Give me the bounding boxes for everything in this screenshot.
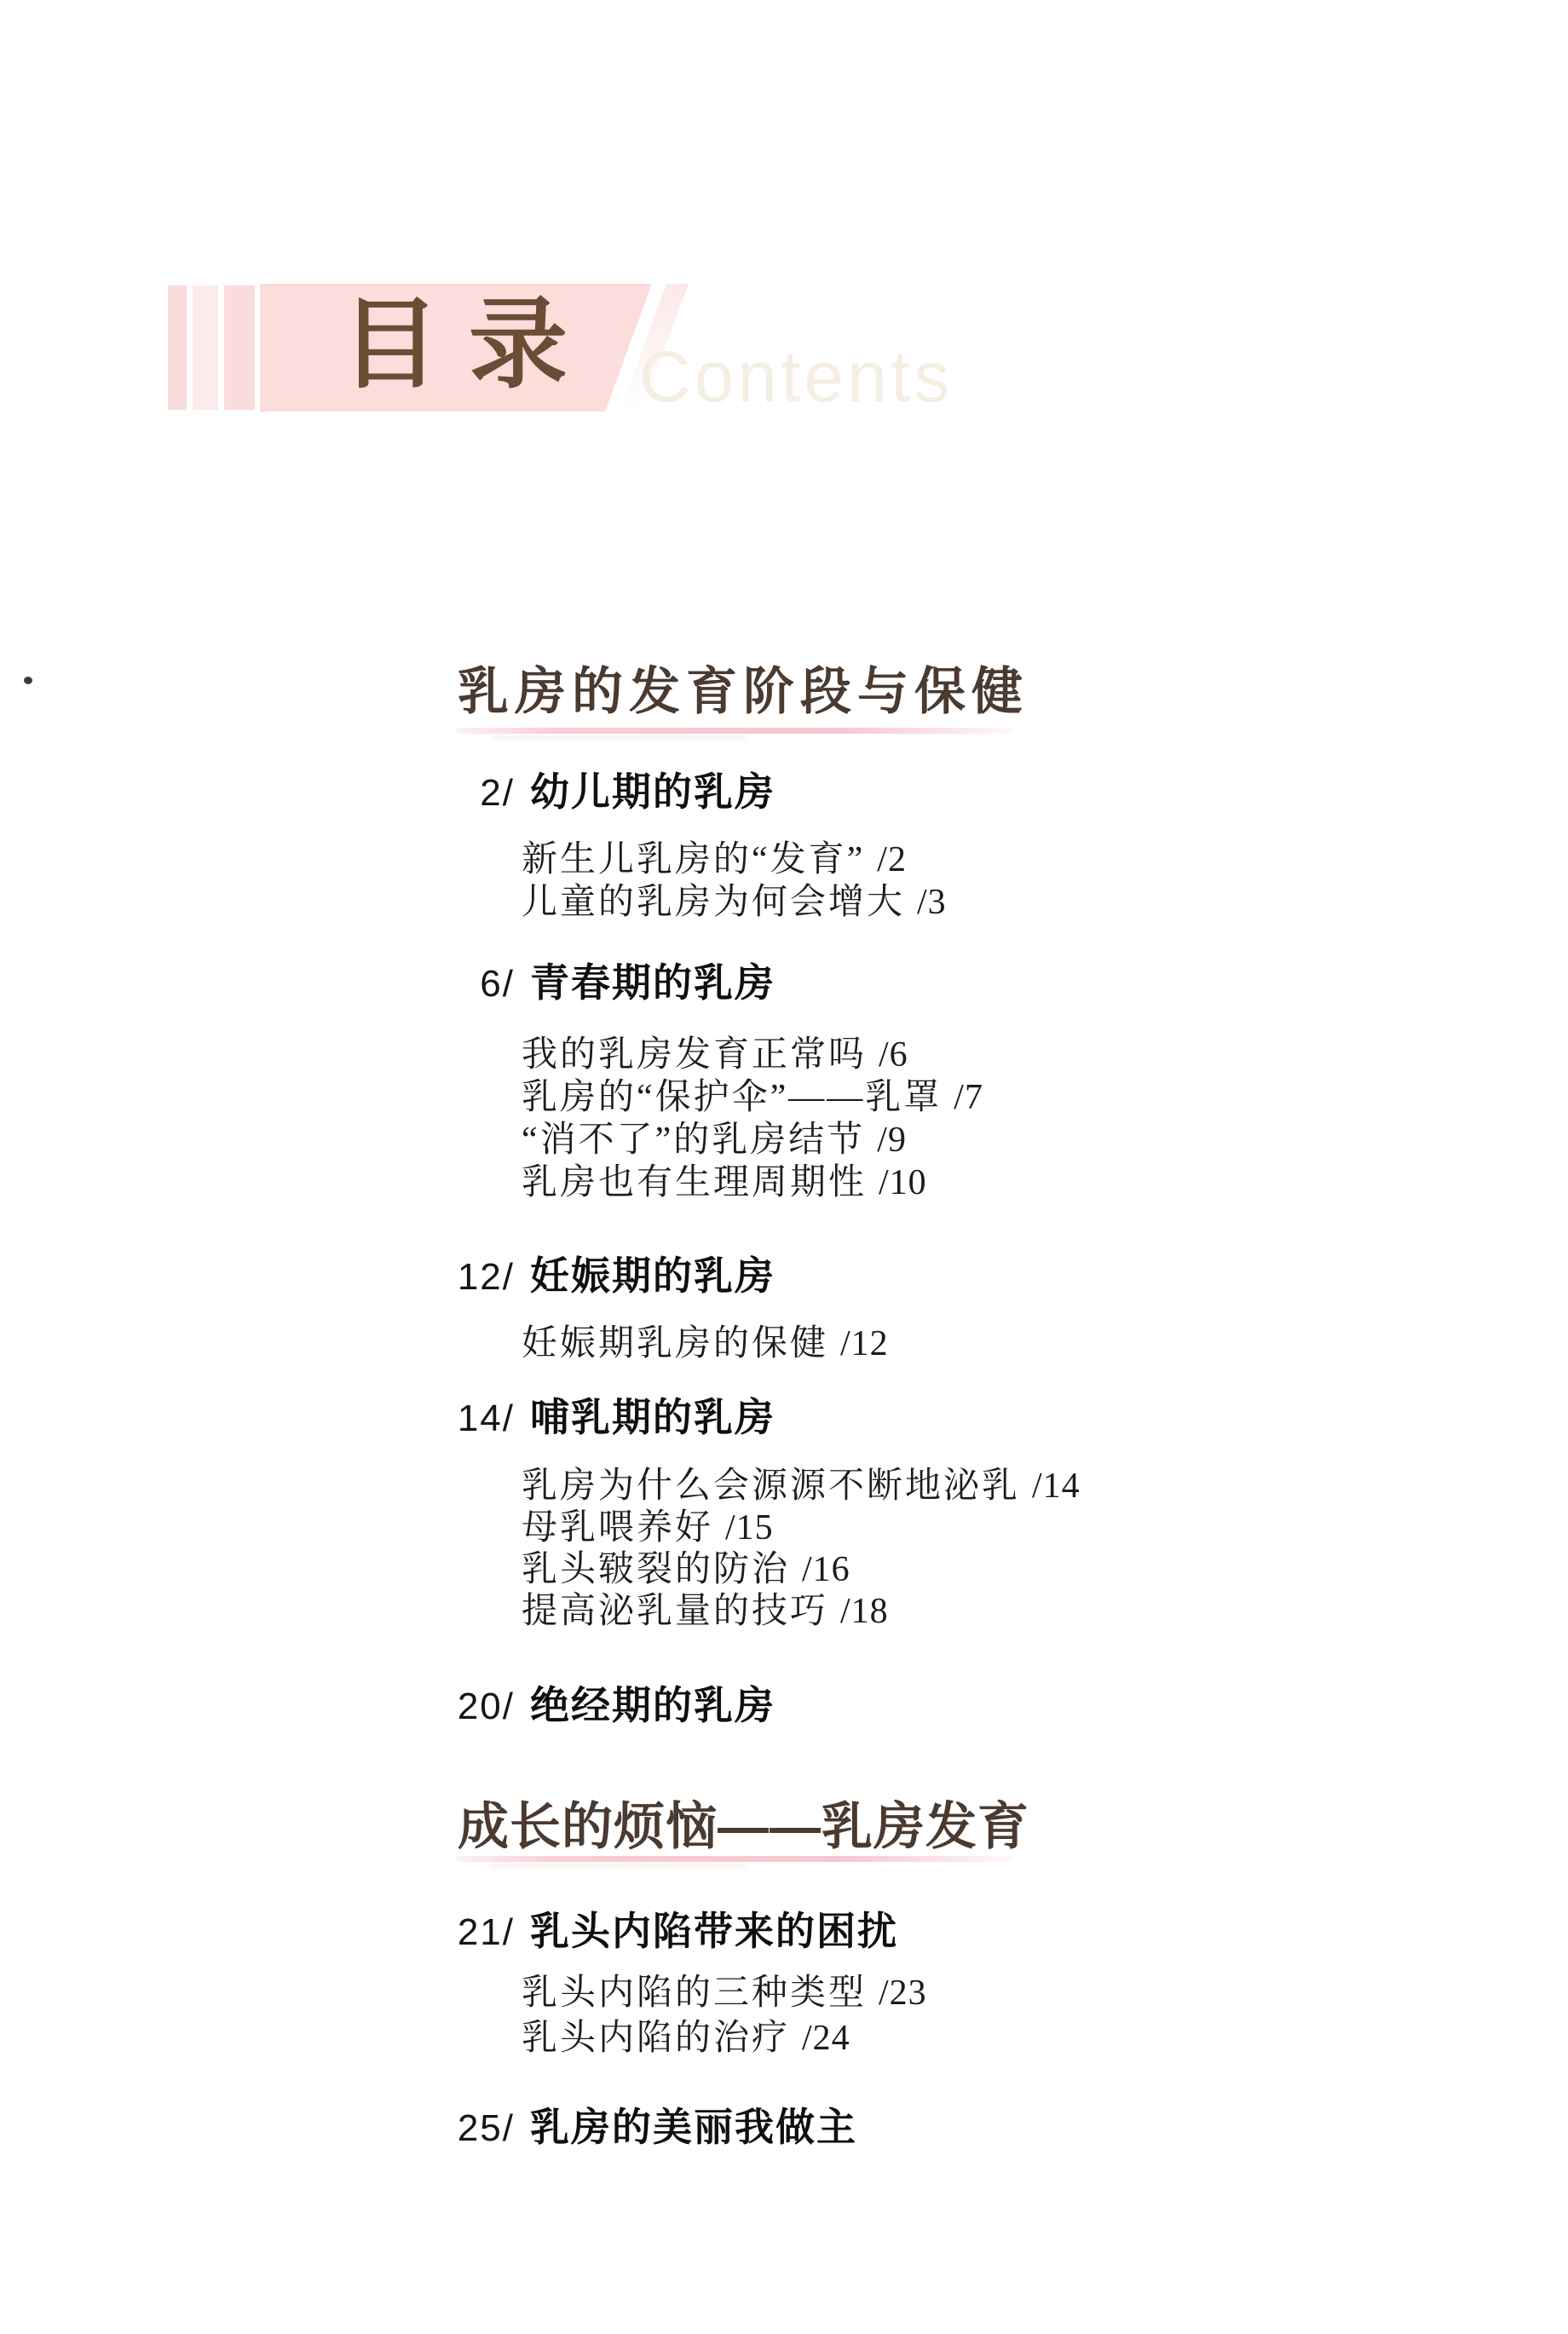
decorative-stripe	[224, 285, 255, 410]
toc-entry-number: 14/	[426, 1400, 515, 1438]
page-number: /18	[840, 1592, 889, 1631]
toc-entry-title: 哺乳期的乳房	[530, 1395, 775, 1439]
toc-entry-number: 6/	[426, 965, 515, 1003]
page-number: /15	[725, 1508, 774, 1547]
toc-entry: 2/幼儿期的乳房	[426, 772, 775, 812]
toc-subentry-text: 乳头皲裂的防治	[522, 1550, 790, 1589]
toc-subentry: 妊娠期乳房的保健/12	[522, 1326, 889, 1362]
toc-subentry: “消不了”的乳房结节/9	[522, 1122, 907, 1158]
toc-subentry: 母乳喂养好/15	[522, 1510, 774, 1546]
toc-subentry: 新生儿乳房的“发育”/2	[522, 842, 907, 878]
page-number: /6	[879, 1035, 908, 1075]
toc-entry: 12/妊娠期的乳房	[426, 1256, 775, 1296]
toc-subentry-text: 妊娠期乳房的保健	[522, 1324, 828, 1363]
toc-subentry-text: 儿童的乳房为何会增大	[522, 883, 905, 922]
toc-subentry-text: 新生儿乳房的“发育”	[522, 840, 865, 879]
page-number: /14	[1032, 1467, 1081, 1506]
toc-entry-title: 妊娠期的乳房	[530, 1253, 775, 1298]
toc-subentry-text: 乳房为什么会源源不断地泌乳	[522, 1467, 1020, 1506]
decorative-stripe	[193, 285, 218, 410]
toc-entry: 25/乳房的美丽我做主	[426, 2107, 857, 2147]
page-number: /9	[877, 1121, 907, 1160]
toc-entry-number: 2/	[426, 775, 515, 812]
toc-entry-title: 绝经期的乳房	[530, 1683, 775, 1727]
page-number: /12	[840, 1324, 889, 1363]
toc-subentry: 乳房的“保护伞”——乳罩/7	[522, 1080, 983, 1115]
toc-entry-number: 12/	[426, 1259, 515, 1296]
toc-entry-number: 21/	[426, 1914, 515, 1951]
toc-entry: 21/乳头内陷带来的困扰	[426, 1911, 898, 1951]
toc-subentry-text: 我的乳房发育正常吗	[522, 1035, 867, 1075]
page-number: /7	[954, 1078, 983, 1117]
toc-page: 目录 Contents 乳房的发育阶段与保健 2/幼儿期的乳房 新生儿乳房的“发…	[0, 0, 1568, 2334]
decorative-stripe	[168, 285, 187, 410]
toc-subentry-text: 乳房的“保护伞”——乳罩	[522, 1078, 942, 1117]
chapter-heading-underline	[456, 728, 1015, 734]
toc-subentry: 乳房为什么会源源不断地泌乳/14	[522, 1468, 1081, 1504]
toc-subentry: 乳头内陷的三种类型/23	[522, 1975, 927, 2011]
toc-entry-title: 青春期的乳房	[530, 960, 775, 1005]
toc-entry: 6/青春期的乳房	[426, 963, 775, 1003]
chapter-heading: 成长的烦恼——乳房发育	[458, 1799, 1029, 1855]
page-number: /16	[802, 1550, 850, 1589]
stray-ink-dot	[24, 677, 32, 684]
toc-entry-title: 乳房的美丽我做主	[530, 2105, 857, 2149]
toc-subentry: 乳房也有生理周期性/10	[522, 1165, 927, 1201]
toc-subentry-text: 母乳喂养好	[522, 1508, 713, 1547]
page-subtitle: Contents	[639, 341, 953, 412]
toc-subentry: 乳头皲裂的防治/16	[522, 1552, 850, 1588]
toc-entry-title: 乳头内陷带来的困扰	[530, 1909, 898, 1953]
chapter-heading-underline	[456, 1856, 1015, 1862]
toc-subentry-text: 乳房也有生理周期性	[522, 1163, 867, 1202]
page-number: /3	[917, 883, 947, 922]
page-number: /10	[879, 1163, 927, 1202]
toc-entry: 20/绝经期的乳房	[426, 1686, 775, 1726]
page-number: /23	[879, 1974, 927, 2013]
toc-entry-number: 20/	[426, 1688, 515, 1726]
toc-subentry: 儿童的乳房为何会增大/3	[522, 885, 947, 920]
toc-entry: 14/哺乳期的乳房	[426, 1398, 775, 1438]
chapter-heading: 乳房的发育阶段与保健	[458, 664, 1029, 720]
toc-subentry: 提高泌乳量的技巧/18	[522, 1593, 889, 1629]
toc-subentry: 乳头内陷的治疗/24	[522, 2020, 850, 2056]
toc-subentry-text: “消不了”的乳房结节	[522, 1121, 865, 1160]
toc-subentry-text: 乳头内陷的治疗	[522, 2019, 790, 2058]
page-title: 目录	[341, 295, 597, 394]
toc-subentry-text: 乳头内陷的三种类型	[522, 1974, 867, 2013]
toc-entry-title: 幼儿期的乳房	[530, 769, 775, 814]
page-number: /2	[877, 840, 907, 879]
toc-subentry: 我的乳房发育正常吗/6	[522, 1037, 908, 1073]
toc-subentry-text: 提高泌乳量的技巧	[522, 1592, 828, 1631]
page-number: /24	[802, 2019, 850, 2058]
toc-entry-number: 25/	[426, 2110, 515, 2147]
